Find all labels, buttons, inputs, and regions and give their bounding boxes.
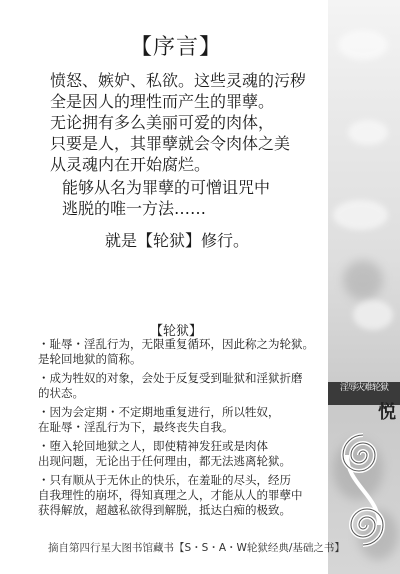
page-title: 【序言】 [130,30,222,61]
spiral-emblem-icon [338,415,388,565]
list-item: ・因为会定期・不定期地重复进行，所以牲奴， 在耻辱・淫乱行为下，最终丧失自我。 [38,405,338,435]
list-item: ・耻辱・淫乱行为，无限重复循环，因此称之为轮狱。 是轮回地狱的简称。 [38,337,338,367]
paragraph-2: 无论拥有多么美丽可爱的肉体， 只要是人，其罪孽就会令肉体之美 从灵魂内在开始腐烂… [50,112,290,175]
bullet-list: ・耻辱・淫乱行为，无限重复循环，因此称之为轮狱。 是轮回地狱的简称。 ・成为牲奴… [38,337,338,522]
paragraph-3: 能够从名为罪孽的可憎诅咒中 逃脱的唯一方法…… [62,177,270,219]
list-item: ・成为牲奴的对象，会处于反复受到耻狱和淫狱折磨 的状态。 [38,371,338,401]
paragraph-1: 愤怒、嫉妒、私欲。这些灵魂的污秽 全是因人的理性而产生的罪孽。 [50,70,306,112]
list-item: ・堕入轮回地狱之人，即使精神发狂或是肉体 出现问题，无论出于任何理由，都无法逃离… [38,439,338,469]
paragraph-4: 就是【轮狱】修行。 [105,230,249,251]
list-item: ・只有顺从于无休止的快乐，在羞耻的尽头，经历 自我理性的崩坏，得知真理之人，才能… [38,473,338,518]
source-citation: 摘自第四行星大图书馆藏书【S・S・A・W轮狱经典/基础之书】 [48,540,345,555]
